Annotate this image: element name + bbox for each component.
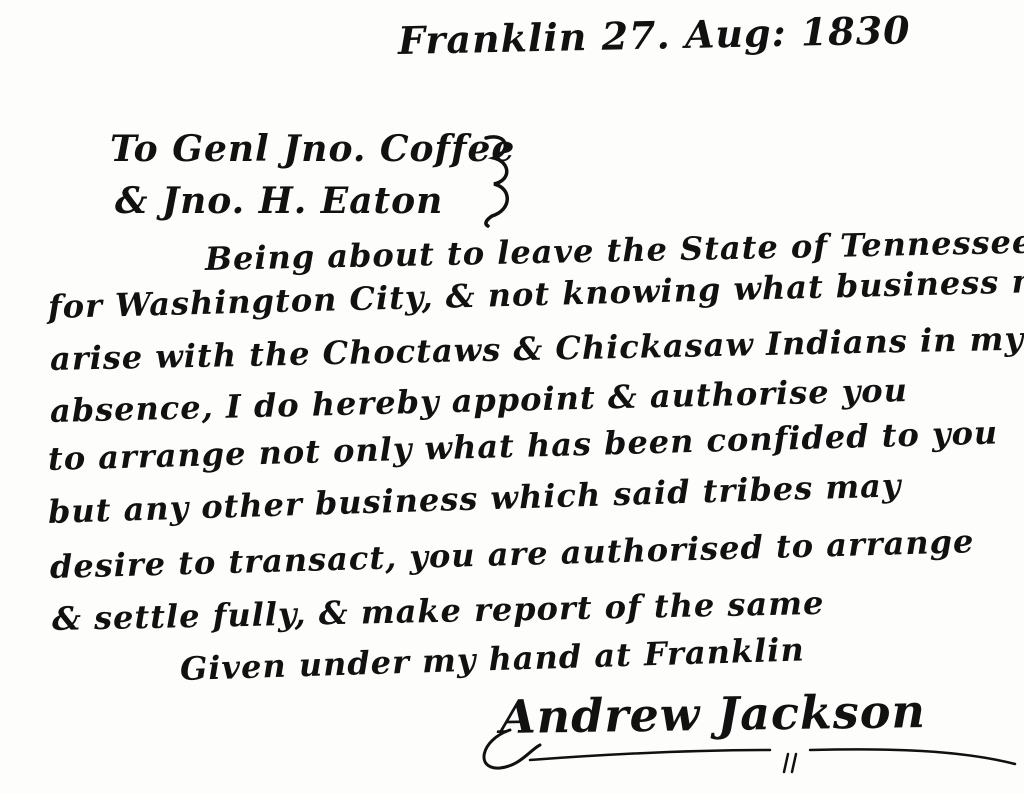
- closing-line: Given under my hand at Franklin: [179, 630, 805, 688]
- letter-page: Franklin 27. Aug: 1830 To Genl Jno. Coff…: [0, 0, 1024, 794]
- body-line-6: but any other business which said tribes…: [47, 466, 902, 531]
- dateline: Franklin 27. Aug: 1830: [398, 7, 912, 63]
- body-line-3: arise with the Choctaws & Chickasaw Indi…: [50, 320, 1024, 378]
- body-line-7: desire to transact, you are authorised t…: [49, 522, 974, 586]
- addressee-line-2: & Jno. H. Eaton: [115, 180, 443, 222]
- signature-flourish-icon: [470, 720, 1020, 780]
- addressee-line-1: To Genl Jno. Coffee: [110, 128, 515, 170]
- body-line-8: & settle fully, & make report of the sam…: [52, 584, 825, 638]
- addressee-brace-icon: [478, 130, 518, 230]
